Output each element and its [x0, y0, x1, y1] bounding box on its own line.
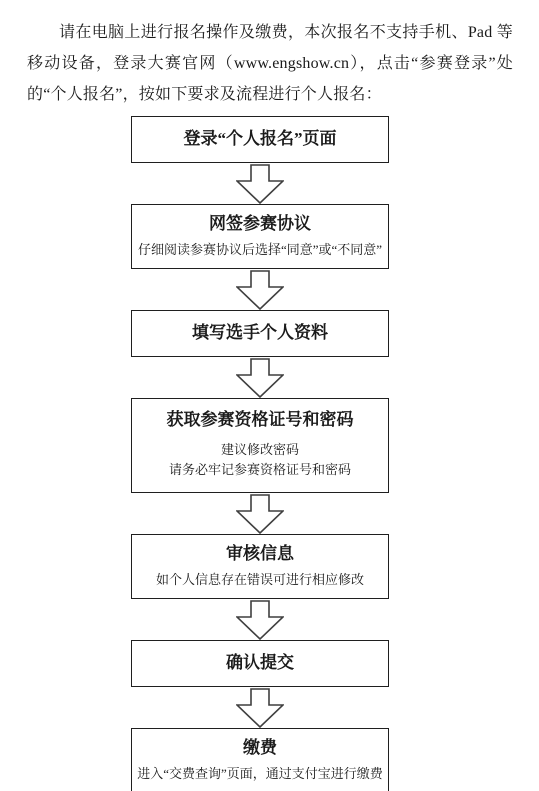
step-note: 建议修改密码 — [134, 440, 386, 460]
flow-step-submit: 确认提交 — [131, 640, 389, 687]
down-arrow-icon — [236, 600, 284, 640]
step-title: 缴费 — [134, 735, 386, 761]
flow-step-profile: 填写选手个人资料 — [131, 310, 389, 357]
step-title: 获取参赛资格证号和密码 — [134, 407, 386, 433]
step-note: 进入“交费查询”页面，通过支付宝进行缴费 — [134, 764, 386, 784]
down-arrow-icon — [236, 688, 284, 728]
flow-step-credentials: 获取参赛资格证号和密码 建议修改密码 请务必牢记参赛资格证号和密码 — [131, 398, 389, 493]
step-title: 网签参赛协议 — [134, 211, 386, 237]
flow-step-payment: 缴费 进入“交费查询”页面，通过支付宝进行缴费 — [131, 728, 389, 791]
down-arrow-icon — [236, 358, 284, 398]
document-page: 请在电脑上进行报名操作及缴费，本次报名不支持手机、Pad 等移动设备，登录大赛官… — [0, 0, 539, 791]
flow-step-agreement: 网签参赛协议 仔细阅读参赛协议后选择“同意”或“不同意” — [131, 204, 389, 269]
down-arrow-icon — [236, 270, 284, 310]
down-arrow-icon — [236, 164, 284, 204]
flow-step-login: 登录“个人报名”页面 — [131, 116, 389, 163]
intro-paragraph: 请在电脑上进行报名操作及缴费，本次报名不支持手机、Pad 等移动设备，登录大赛官… — [27, 17, 513, 110]
step-note: 仔细阅读参赛协议后选择“同意”或“不同意” — [134, 240, 386, 260]
flow-step-review: 审核信息 如个人信息存在错误可进行相应修改 — [131, 534, 389, 599]
step-title: 审核信息 — [134, 541, 386, 567]
down-arrow-icon — [236, 494, 284, 534]
step-title: 填写选手个人资料 — [134, 320, 386, 346]
step-note: 如个人信息存在错误可进行相应修改 — [134, 570, 386, 590]
step-note: 请务必牢记参赛资格证号和密码 — [134, 460, 386, 480]
step-title: 登录“个人报名”页面 — [134, 126, 386, 152]
registration-flowchart: 登录“个人报名”页面 网签参赛协议 仔细阅读参赛协议后选择“同意”或“不同意” … — [131, 116, 389, 791]
step-title: 确认提交 — [134, 650, 386, 676]
